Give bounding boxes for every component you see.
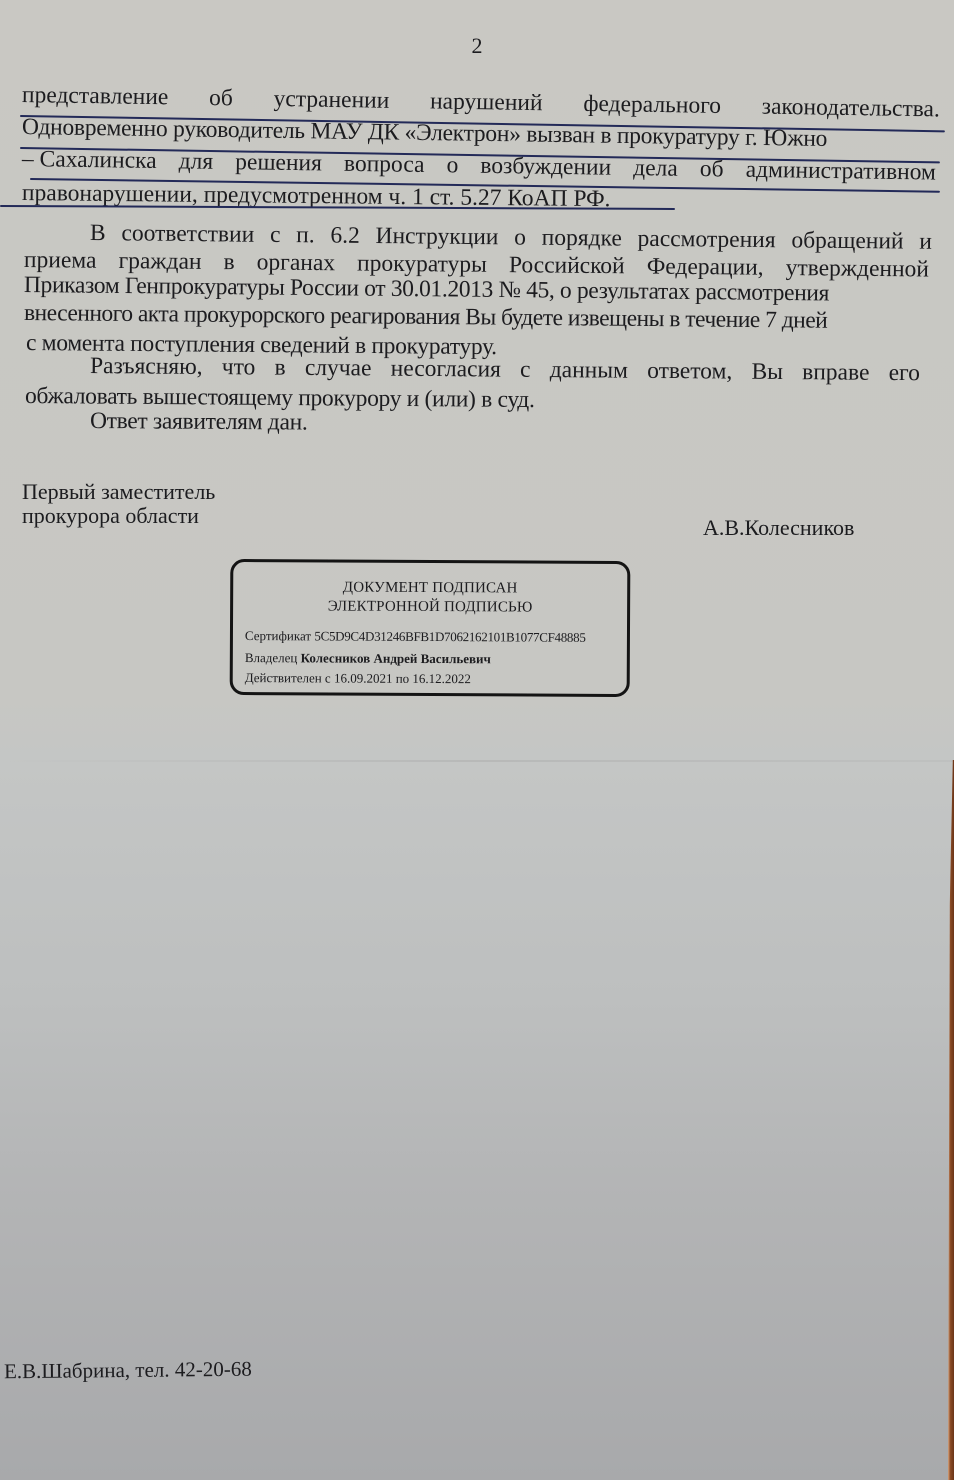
- page-number: 2: [0, 33, 954, 59]
- word: утвержденной: [786, 257, 930, 282]
- word: несогласия: [391, 358, 501, 382]
- word: с: [270, 224, 281, 248]
- p3-line-1: Разъясняю,чтовслучаенесогласиясданнымотв…: [90, 355, 920, 386]
- word: п.: [296, 224, 315, 248]
- signatory-title: Первый заместитель прокурора области: [22, 480, 215, 528]
- document-page: 2 представлениеобустранениинарушенийфеде…: [0, 0, 954, 1480]
- word: прокуратуры: [357, 252, 487, 277]
- word: вправе: [802, 361, 869, 385]
- word: соответствии: [121, 222, 254, 247]
- word: решения: [235, 151, 322, 176]
- stamp-header-line-1: ДОКУМЕНТ ПОДПИСАН: [233, 578, 627, 599]
- valid-label: Действителен: [245, 670, 322, 685]
- signatory-title-line-1: Первый заместитель: [22, 480, 215, 504]
- word: обращений: [791, 229, 903, 254]
- valid-from-label: с: [325, 670, 331, 685]
- word: Федерации,: [647, 256, 764, 281]
- word: случае: [305, 357, 372, 381]
- stamp-owner-row: Владелец Колесников Андрей Васильевич: [245, 650, 491, 667]
- word: законодательства.: [762, 96, 940, 122]
- word: представление: [22, 84, 169, 110]
- certificate-label: Сертификат: [245, 628, 311, 643]
- electronic-signature-stamp: ДОКУМЕНТ ПОДПИСАН ЭЛЕКТРОННОЙ ПОДПИСЬЮ С…: [230, 559, 631, 697]
- stamp-header-line-2: ЭЛЕКТРОННОЙ ПОДПИСЬЮ: [233, 597, 627, 618]
- valid-to-label: по: [396, 671, 410, 686]
- executor-contact: Е.В.Шабрина, тел. 42-20-68: [4, 1357, 252, 1385]
- word: что: [222, 356, 256, 380]
- word: порядке: [542, 227, 622, 251]
- stamp-header: ДОКУМЕНТ ПОДПИСАН ЭЛЕКТРОННОЙ ПОДПИСЬЮ: [233, 578, 627, 618]
- word: его: [889, 362, 920, 386]
- word: и: [919, 231, 932, 255]
- signatory-name: А.В.Колесников: [703, 515, 854, 541]
- word: федерального: [583, 93, 721, 119]
- paper-fold-line: [0, 760, 954, 762]
- word: приема: [24, 249, 97, 273]
- owner-value: Колесников Андрей Васильевич: [301, 650, 491, 666]
- word: устранении: [273, 88, 389, 113]
- word: Инструкции: [375, 225, 498, 250]
- word: – Сахалинска: [22, 148, 157, 173]
- word: в: [223, 251, 234, 275]
- word: Российской: [509, 254, 625, 279]
- stamp-validity-row: Действителен с 16.09.2021 по 16.12.2022: [245, 670, 471, 687]
- paragraph-4: Ответ заявителям дан.: [90, 410, 308, 435]
- word: Разъясняю,: [90, 355, 203, 379]
- word: о: [514, 226, 526, 250]
- word: рассмотрения: [637, 228, 775, 253]
- valid-from: 16.09.2021: [334, 670, 393, 685]
- word: данным: [550, 359, 628, 383]
- word: вопроса: [344, 153, 425, 178]
- word: нарушений: [430, 90, 543, 115]
- word: с: [520, 359, 531, 383]
- certificate-value: 5C5D9C4D31246BFB1D7062162101B1077CF48885: [314, 628, 585, 644]
- word: органах: [257, 251, 336, 275]
- valid-to: 16.12.2022: [412, 671, 471, 686]
- word: возбуждении: [480, 155, 611, 180]
- table-edge: [948, 760, 954, 1480]
- p2-line-4: внесенного акта прокурорского реагирован…: [24, 302, 828, 333]
- p2-line-1: Всоответствиисп.6.2Инструкцииопорядкерас…: [90, 222, 932, 254]
- word: граждан: [118, 250, 201, 274]
- signatory-title-line-2: прокурора области: [22, 504, 215, 528]
- word: 6.2: [330, 225, 360, 249]
- word: для: [178, 150, 213, 174]
- word: дела: [633, 157, 678, 181]
- word: об: [209, 87, 233, 111]
- word: В: [90, 222, 106, 246]
- stamp-certificate-row: Сертификат 5C5D9C4D31246BFB1D7062162101B…: [245, 628, 586, 646]
- word: Вы: [751, 361, 783, 385]
- word: об: [700, 158, 724, 182]
- owner-label: Владелец: [245, 650, 298, 665]
- word: в: [274, 357, 285, 381]
- word: о: [446, 154, 458, 178]
- word: ответом,: [647, 360, 732, 384]
